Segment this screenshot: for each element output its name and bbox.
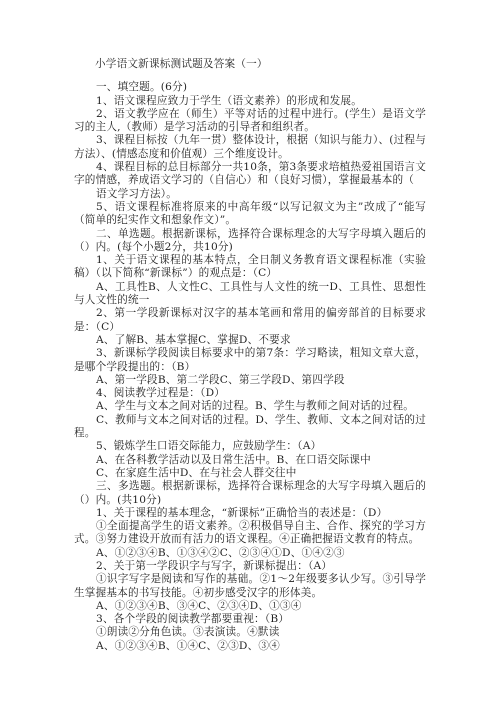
- question-paragraph: 1、关于课程的基本理念，“新课标”正确恰当的表述是：（D）: [74, 507, 426, 520]
- answer-options: A、①②③④B、③④C、②③④D、①③④: [74, 600, 426, 613]
- statement-list: ①朗读②分角色读。③表演读。④默读: [74, 626, 426, 639]
- document-page: 小学语文新课标测试题及答案（一） 一、填空题。(6分) 1、语文课程应致力于学生…: [74, 58, 426, 653]
- statement-list: ①全面提高学生的语文素养。②积极倡导自主、合作、探究的学习方式。③努力建设开放而…: [74, 520, 426, 547]
- question-paragraph: 2、语文教学应在（师生）平等对话的过程中进行。(学生）是语文学习的主人,（教师）…: [74, 108, 426, 135]
- question-paragraph: 5、锻炼学生口语交际能力，应鼓励学生：（A）: [74, 440, 426, 453]
- question-paragraph: 1、关于语文课程的基本特点，全日制义务教育语文课程标准（实验稿）（以下简称“新课…: [74, 254, 426, 281]
- answer-options: A、①②③④B、①④C、②③D、③④: [74, 640, 426, 653]
- answer-options: A、在各科教学活动以及日常生活中。B、在口语交际课中: [74, 454, 426, 467]
- answer-options: A、第一学段B、第二学段C、第三学段D、第四学段: [74, 374, 426, 387]
- question-paragraph: 2、关于第一学段识字与写字，新课标提出：（A）: [74, 560, 426, 573]
- answer-options: A、工具性B、人文性C、工具性与人文性的统一D、工具性、思想性与人文性的统一: [74, 281, 426, 308]
- answer-options: A、学生与文本之间对话的过程。B、学生与教师之间对话的过程。: [74, 400, 426, 413]
- document-title: 小学语文新课标测试题及答案（一）: [74, 58, 426, 71]
- answer-options: C、教师与文本之间对话的过程。D、学生、教师、文本之间对话的过程。: [74, 414, 426, 441]
- question-paragraph: 3、各个学段的阅读教学都要重视：（B）: [74, 613, 426, 626]
- question-paragraph: 5、语文课程标准将原来的中高年级“以写记叙文为主”改成了“能写（简单的纪实作文和…: [74, 201, 426, 228]
- question-paragraph: 3、新课标学段阅读目标要求中的第7条：学习略读，粗知文章大意，是哪个学段提出的：…: [74, 347, 426, 374]
- question-paragraph: 4、课程目标的总目标部分一共10条，第3条要求培植热爱祖国语言文字的情感，养成语…: [74, 161, 426, 188]
- section-heading-single-choice: 二、单选题。根据新课标，选择符合课标理念的大写字母填入题后的（）内。(每个小题2…: [74, 228, 426, 255]
- section-heading-fill-in: 一、填空题。(6分): [74, 81, 426, 94]
- answer-options: C、在家庭生活中D、在与社会人群交往中: [74, 467, 426, 480]
- question-paragraph: 3、课程目标按（九年一贯）整体设计，根据（知识与能力）、(过程与方法）、(情感态…: [74, 134, 426, 161]
- answer-options: A、①②③④B、①③④②C、②③④①D、①④②③: [74, 547, 426, 560]
- question-paragraph-continuation: 语文学习方法）。: [74, 188, 426, 201]
- section-heading-multiple-choice: 三、多选题。根据新课标，选择符合课标理念的大写字母填入题后的（）内。(共10分): [74, 480, 426, 507]
- question-paragraph: 2、第一学段新课标对汉字的基本笔画和常用的偏旁部首的目标要求是：（C）: [74, 307, 426, 334]
- answer-options: A、了解B、基本掌握C、掌握D、不要求: [74, 334, 426, 347]
- statement-list: ①识字写字是阅读和写作的基础。②1～2年级要多认少写。③引导学生掌握基本的书写技…: [74, 573, 426, 600]
- question-paragraph: 4、阅读教学过程是：（D）: [74, 387, 426, 400]
- question-paragraph: 1、语文课程应致力于学生（语文素养）的形成和发展。: [74, 95, 426, 108]
